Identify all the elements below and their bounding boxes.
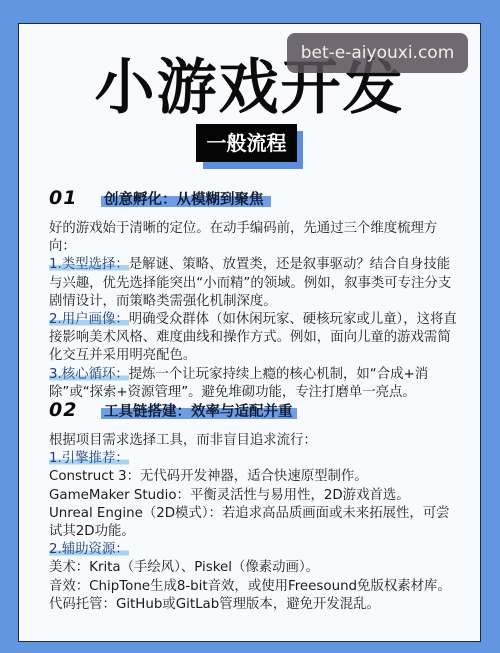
list-item: 3.核心循环：提炼一个让玩家持续上瘾的核心机制，如“合成+消除”或“探索+资源管… xyxy=(49,366,460,402)
list-item: 代码托管：GitHub或GitLab管理版本，避免开发混乱。 xyxy=(49,596,460,614)
item-label: 2.用户画像： xyxy=(49,312,129,327)
list-item: 美术：Krita（手绘风）、Piskel（像素动画）。 xyxy=(49,559,460,577)
section-header: 01 创意孵化：从模糊到聚焦 xyxy=(49,187,460,211)
section-title: 工具链搭建：效率与适配并重 xyxy=(104,400,293,421)
section-02: 02 工具链搭建：效率与适配并重 根据项目需求选择工具，而非盲目追求流行： 1.… xyxy=(49,399,460,614)
subtitle-label: 一般流程 xyxy=(196,124,297,162)
list-item: Unreal Engine（2D模式）：若追求高品质画面或未来拓展性，可尝试其2… xyxy=(49,505,460,541)
section-title: 创意孵化：从模糊到聚焦 xyxy=(104,188,264,209)
subtitle-badge: 一般流程 xyxy=(196,124,297,162)
item-label: 1.类型选择： xyxy=(49,257,129,272)
group-label: 2.辅助资源： xyxy=(49,542,129,557)
list-item: 音效：ChipTone生成8-bit音效，或使用Freesound免版权素材库。 xyxy=(49,578,460,596)
section-header: 02 工具链搭建：效率与适配并重 xyxy=(49,399,460,423)
list-item: 1.类型选择：是解谜、策略、放置类，还是叙事驱动？结合自身技能与兴趣，优先选择能… xyxy=(49,256,460,311)
list-item: 2.用户画像：明确受众群体（如休闲玩家、硬核玩家或儿童），这将直接影响美术风格、… xyxy=(49,311,460,366)
document-card: 小游戏开发 一般流程 01 创意孵化：从模糊到聚焦 好的游戏始于清晰的定位。在动… xyxy=(18,23,481,642)
item-label: 3.核心循环： xyxy=(49,367,129,382)
list-item: Construct 3：无代码开发神器，适合快速原型制作。 xyxy=(49,468,460,486)
group-label: 1.引擎推荐： xyxy=(49,451,129,466)
section-number: 01 xyxy=(49,187,77,209)
section-intro: 根据项目需求选择工具，而非盲目追求流行： xyxy=(49,432,460,450)
list-item: GameMaker Studio：平衡灵活性与易用性，2D游戏首选。 xyxy=(49,487,460,505)
group-label-row: 2.辅助资源： xyxy=(49,541,460,559)
section-intro: 好的游戏始于清晰的定位。在动手编码前，先通过三个维度梳理方向： xyxy=(49,220,460,256)
section-number: 02 xyxy=(49,399,77,421)
watermark-badge: bet-e-aiyouxi.com xyxy=(287,33,468,73)
group-label-row: 1.引擎推荐： xyxy=(49,450,460,468)
section-01: 01 创意孵化：从模糊到聚焦 好的游戏始于清晰的定位。在动手编码前，先通过三个维… xyxy=(49,187,460,402)
